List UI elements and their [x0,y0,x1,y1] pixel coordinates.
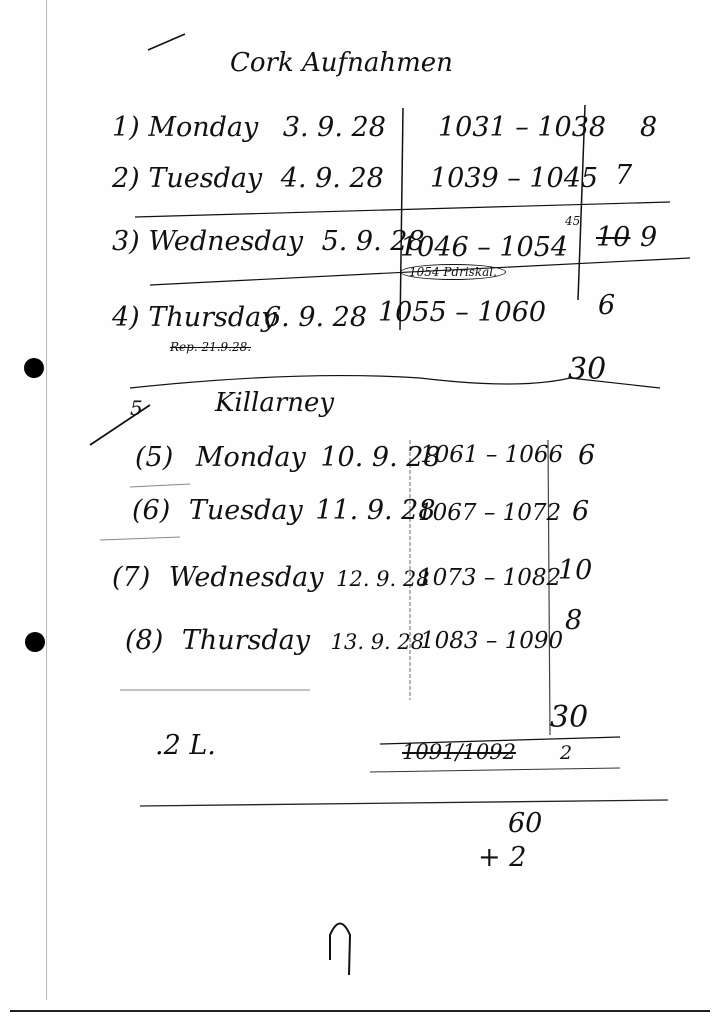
extra-count: 2 [560,742,572,764]
entry-date: 12. 9. 28 [336,567,430,591]
entry-row-8: (8) Thursday 13. 9. 28 [125,625,424,656]
entry-count: 8 [640,112,657,143]
entry-range: 1046 – 1054 [400,232,568,263]
entry-row-3: 3) Wednesday 5. 9. 28 [112,226,425,257]
entry-number: (8) [125,625,163,656]
entry-range: 1073 – 1082 [418,565,561,591]
entry-range: 1067 – 1072 [418,500,561,526]
entry-day: Tuesday [189,495,303,526]
section-marker: 5 [130,396,143,420]
entry-day: Wednesday [148,226,303,257]
entry-number: 1) [112,112,140,143]
entry-range: 1031 – 1038 [438,112,606,143]
entry-range: 1083 – 1090 [420,628,563,654]
entry-row-5: (5) Monday 10. 9. 28 [135,442,441,473]
entry-number: 3) [112,226,140,257]
entry-row-4: 4) Thursday [112,302,277,333]
entry-number: 2) [112,163,140,194]
entry-day: Tuesday [148,163,262,194]
range-correction: 45 [565,214,580,228]
entry-day: Wednesday [169,562,324,593]
circled-note: 1054 Pdriskal. [400,264,506,280]
grand-plus: + 2 [478,842,526,873]
subtotal-cork: 30 [568,352,606,387]
entry-row-7: (7) Wednesday 12. 9. 28 [112,562,430,593]
entry-date: 6. 9. 28 [264,302,367,333]
entry-count: 6 [578,440,595,471]
entry-date: 4. 9. 28 [281,163,384,194]
subtotal-killarney: 30 [550,700,588,735]
entry-count: 8 [565,605,582,636]
struck-sub-note: Rep. 21.9.28. [170,340,251,354]
entry-day: Monday [196,442,306,473]
entry-range: 1061 – 1066 [420,442,563,468]
entry-number: (6) [132,495,170,526]
entry-date: 13. 9. 28 [331,630,425,654]
entry-row-1: 1) Monday 3. 9. 28 [112,112,386,143]
grand-total: 60 [508,808,542,839]
extra-note: .2 L. [155,730,216,761]
entry-day: Thursday [182,625,310,656]
struck-extra-range: 1091/1092 [402,740,516,764]
entry-count: 6 [598,290,615,321]
section-title-killarney: Killarney [215,388,334,418]
entry-range: 1039 – 1045 [430,163,598,194]
entry-number: 4) [112,302,140,333]
document-title: Cork Aufnahmen [230,48,453,78]
entry-number: (5) [135,442,173,473]
entry-count: 6 [572,496,589,527]
entry-number: (7) [112,562,150,593]
entry-count-struck: 10 [596,222,630,253]
entry-row-6: (6) Tuesday 11. 9. 28 [132,495,436,526]
entry-count: 7 [615,160,632,191]
entry-date: 3. 9. 28 [283,112,386,143]
entry-day: Monday [148,112,258,143]
entry-range: 1055 – 1060 [378,297,546,328]
scanned-page: Cork Aufnahmen 1) Monday 3. 9. 28 1031 –… [0,0,724,1024]
entry-day: Thursday [148,302,276,333]
entry-count: 10 [558,555,592,586]
entry-row-2: 2) Tuesday 4. 9. 28 [112,163,384,194]
entry-count: 9 [640,222,657,253]
